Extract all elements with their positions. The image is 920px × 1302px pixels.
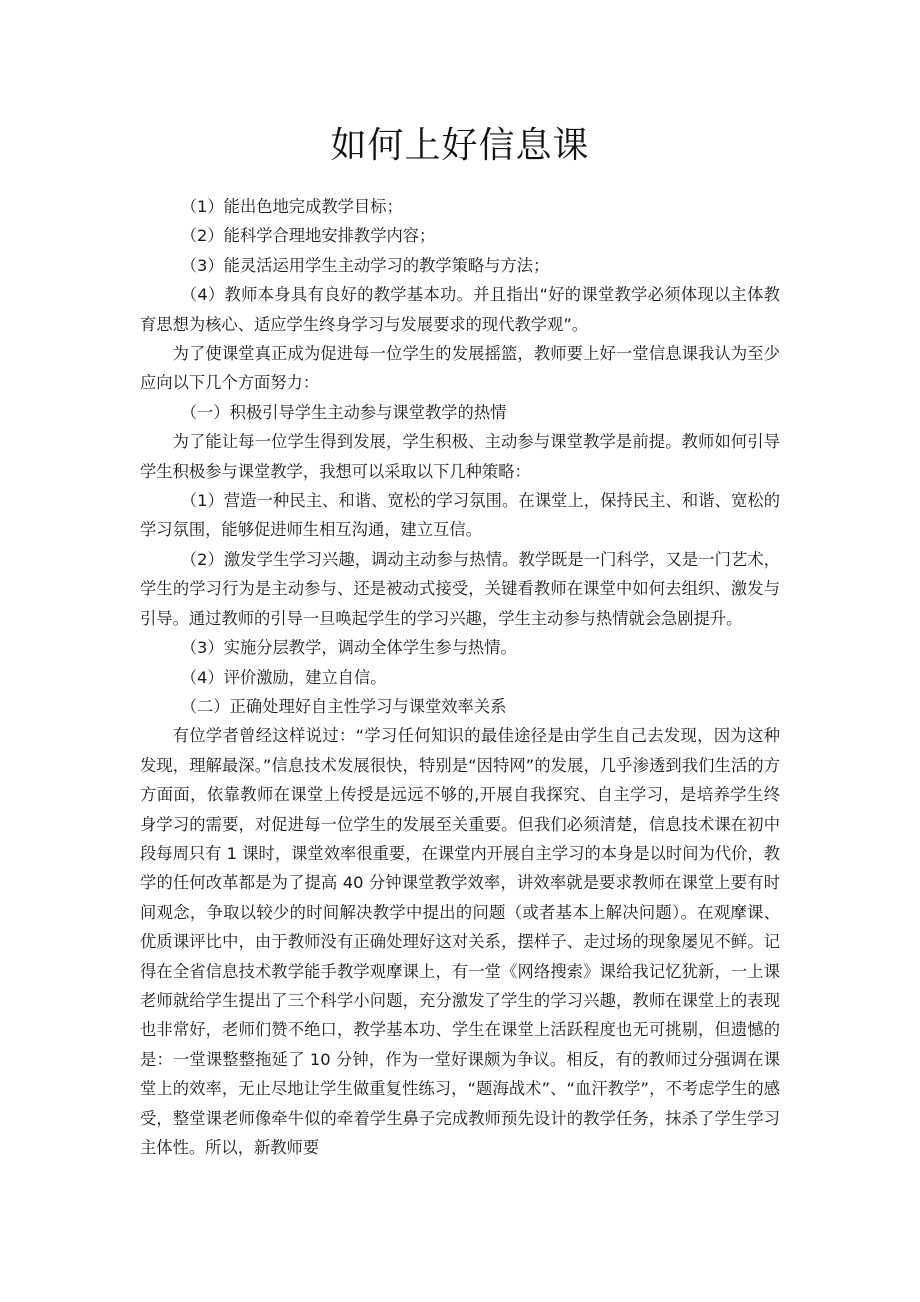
goal-item-3: （3）能灵活运用学生主动学习的教学策略与方法； (140, 251, 780, 280)
strategy-item-1: （1）营造一种民主、和谐、宽松的学习氛围。在课堂上，保持民主、和谐、宽松的学习氛… (140, 486, 780, 545)
strategy-item-2: （2）激发学生学习兴趣，调动主动参与热情。教学既是一门科学，又是一门艺术，学生的… (140, 545, 780, 633)
intro-paragraph: 为了使课堂真正成为促进每一位学生的发展摇篮，教师要上好一堂信息课我认为至少应向以… (140, 339, 780, 398)
section-1-paragraph: 为了能让每一位学生得到发展，学生积极、主动参与课堂教学是前提。教师如何引导学生积… (140, 427, 780, 486)
section-2-paragraph: 有位学者曾经这样说过：“学习任何知识的最佳途径是由学生自己去发现，因为这种发现，… (140, 721, 780, 1162)
strategy-item-4: （4）评价激励，建立自信。 (140, 663, 780, 692)
goal-item-4: （4）教师本身具有良好的教学基本功。并且指出“好的课堂教学必须体现以主体教育思想… (140, 280, 780, 339)
section-heading-1: （一）积极引导学生主动参与课堂教学的热情 (140, 398, 780, 427)
goal-item-2: （2）能科学合理地安排教学内容； (140, 221, 780, 250)
document-page: 如何上好信息课 （1）能出色地完成教学目标； （2）能科学合理地安排教学内容； … (0, 0, 920, 1302)
goal-item-1: （1）能出色地完成教学目标； (140, 192, 780, 221)
strategy-item-3: （3）实施分层教学，调动全体学生参与热情。 (140, 633, 780, 662)
document-title: 如何上好信息课 (0, 122, 920, 170)
section-heading-2: （二）正确处理好自主性学习与课堂效率关系 (140, 692, 780, 721)
document-body: （1）能出色地完成教学目标； （2）能科学合理地安排教学内容； （3）能灵活运用… (140, 192, 780, 1162)
